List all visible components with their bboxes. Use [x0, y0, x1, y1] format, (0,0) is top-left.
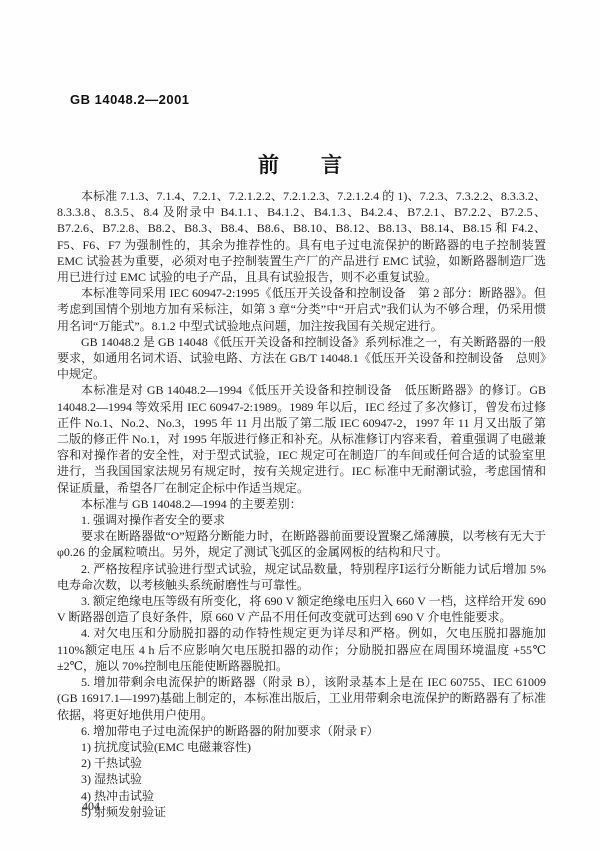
paragraph-series: GB 14048.2 是 GB 14048《低压开关设备和控制设备》系列标准之一…: [57, 334, 546, 383]
list-item-thermal-shock: 4) 热冲击试验: [57, 788, 546, 804]
paragraph-item-6: 6. 增加带电子过电流保护的断路器的附加要求（附录 F）: [57, 723, 546, 739]
list-item-dry-heat: 2) 干热试验: [57, 755, 546, 771]
paragraph-differences-heading: 本标准与 GB 14048.2—1994 的主要差别：: [57, 496, 546, 512]
list-item-rf-emission: 5) 射频发射验证: [57, 804, 546, 820]
paragraph-revision: 本标准是对 GB 14048.2—1994《低压开关设备和控制设备 低压断路器》…: [57, 382, 546, 495]
list-item-emc: 1) 抗扰度试验(EMC 电磁兼容性): [57, 739, 546, 755]
list-item-damp-heat: 3) 湿热试验: [57, 771, 546, 787]
paragraph-scope: 本标准 7.1.3、7.1.4、7.2.1、7.2.1.2.2、7.2.1.2.…: [57, 188, 546, 285]
paragraph-item-2: 2. 严格按程序试验进行型式试验，规定试品数量，特别程序Ⅰ运行分断能力试后增加 …: [57, 561, 546, 593]
paragraph-item-1: 1. 强调对操作者安全的要求: [57, 512, 546, 528]
document-page: GB 14048.2—2001 前 言 本标准 7.1.3、7.1.4、7.2.…: [0, 0, 600, 850]
paragraph-item-5: 5. 增加带剩余电流保护的断路器（附录 B），该附录基本上是在 IEC 6075…: [57, 674, 546, 723]
foreword-body: 本标准 7.1.3、7.1.4、7.2.1、7.2.1.2.2、7.2.1.2.…: [57, 188, 546, 820]
paragraph-adoption: 本标准等同采用 IEC 60947-2:1995《低压开关设备和控制设备 第 2…: [57, 285, 546, 334]
paragraph-item-1-detail: 要求在断路器做“O”短路分断能力时，在断路器前面要设置聚乙烯薄膜，以考核有无大于…: [57, 528, 546, 560]
page-title: 前 言: [0, 149, 600, 179]
page-number: 404: [82, 799, 100, 814]
paragraph-item-4: 4. 对欠电压和分励脱扣器的动作特性规定更为详尽和严格。例如，欠电压脱扣器施加 …: [57, 625, 546, 674]
standard-number: GB 14048.2—2001: [70, 92, 190, 107]
paragraph-item-3: 3. 额定绝缘电压等级有所变化，将 690 V 额定绝缘电压归入 660 V 一…: [57, 593, 546, 625]
